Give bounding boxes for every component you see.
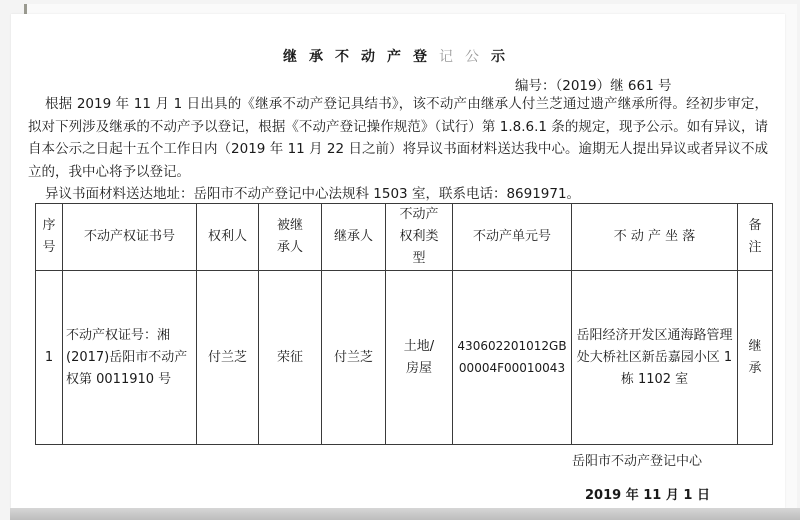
document-number: 编号：（2019）继 661 号 bbox=[515, 74, 671, 94]
cell-certificate-no: 不动产权证号：湘(2017)岳阳市不动产权第 0011910 号 bbox=[63, 271, 197, 445]
issue-date: 2019 年 11 月 1 日 bbox=[585, 484, 710, 503]
header-right-holder: 权利人 bbox=[197, 204, 259, 271]
header-right-type: 不动产权利类型 bbox=[386, 204, 453, 271]
registration-table: 序号 不动产权证书号 权利人 被继承人 继承人 不动产权利类型 不动产单元号 不… bbox=[35, 203, 773, 445]
header-heir: 继承人 bbox=[322, 204, 386, 271]
cell-right-type: 土地/房屋 bbox=[386, 271, 453, 445]
cell-remark: 继承 bbox=[738, 271, 773, 445]
title-main: 继承不动产登 bbox=[283, 49, 439, 65]
table-header-row: 序号 不动产权证书号 权利人 被继承人 继承人 不动产权利类型 不动产单元号 不… bbox=[36, 204, 773, 271]
cell-location: 岳阳经济开发区通海路管理处大桥社区新岳嘉园小区 1 栋 1102 室 bbox=[572, 271, 738, 445]
scan-shadow bbox=[10, 508, 800, 520]
cell-decedent: 荣征 bbox=[259, 271, 322, 445]
document-title: 继承不动产登记公示 bbox=[0, 46, 800, 66]
cell-right-holder: 付兰芝 bbox=[197, 271, 259, 445]
header-index: 序号 bbox=[36, 204, 63, 271]
cell-heir: 付兰芝 bbox=[322, 271, 386, 445]
title-faded: 记公 bbox=[439, 49, 491, 65]
title-end: 示 bbox=[491, 49, 517, 65]
header-decedent: 被继承人 bbox=[259, 204, 322, 271]
cell-index: 1 bbox=[36, 271, 63, 445]
header-location: 不 动 产 坐 落 bbox=[572, 204, 738, 271]
cell-unit-no: 430602201012GB00004F00010043 bbox=[453, 271, 572, 445]
issuing-organization: 岳阳市不动产登记中心 bbox=[572, 450, 702, 469]
header-remark: 备注 bbox=[738, 204, 773, 271]
notice-body-paragraph: 根据 2019 年 11 月 1 日出具的《继承不动产登记具结书》，该不动产由继… bbox=[28, 93, 768, 183]
header-certificate-no: 不动产权证书号 bbox=[63, 204, 197, 271]
header-unit-no: 不动产单元号 bbox=[453, 204, 572, 271]
table-row: 1 不动产权证号：湘(2017)岳阳市不动产权第 0011910 号 付兰芝 荣… bbox=[36, 271, 773, 445]
